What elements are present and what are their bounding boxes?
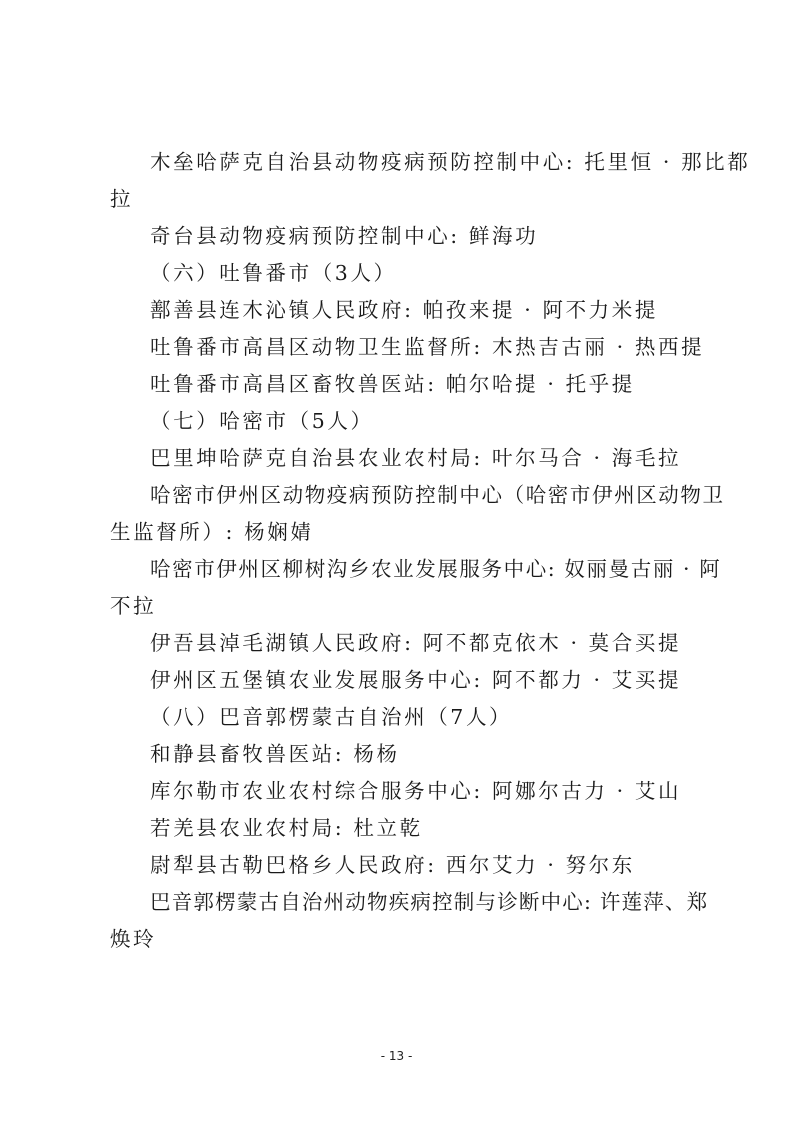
continuation-line: 拉 bbox=[110, 185, 133, 213]
entry-line: 哈密市伊州区动物疫病预防控制中心（哈密市伊州区动物卫 bbox=[150, 481, 725, 509]
section-heading-bayingolin: （八）巴音郭楞蒙古自治州（7人） bbox=[150, 703, 512, 731]
document-page: 木垒哈萨克自治县动物疫病预防控制中心: 托里恒 · 那比都 拉 奇台县动物疫病预… bbox=[0, 0, 793, 1121]
entry-line: 哈密市伊州区柳树沟乡农业发展服务中心: 奴丽曼古丽 · 阿 bbox=[150, 555, 721, 583]
continuation-line: 不拉 bbox=[110, 592, 156, 620]
page-number: - 13 - bbox=[0, 1049, 793, 1063]
entry-line: 奇台县动物疫病预防控制中心: 鲜海功 bbox=[150, 222, 538, 250]
section-heading-turpan: （六）吐鲁番市（3人） bbox=[150, 259, 397, 287]
entry-line: 和静县畜牧兽医站: 杨杨 bbox=[150, 740, 400, 768]
entry-line: 吐鲁番市高昌区动物卫生监督所: 木热吉古丽 · 热西提 bbox=[150, 333, 704, 361]
entry-line: 库尔勒市农业农村综合服务中心: 阿娜尔古力 · 艾山 bbox=[150, 777, 681, 805]
entry-line: 伊吾县淖毛湖镇人民政府: 阿不都克依木 · 莫合买提 bbox=[150, 629, 681, 657]
entry-line: 吐鲁番市高昌区畜牧兽医站: 帕尔哈提 · 托乎提 bbox=[150, 370, 635, 398]
entry-line: 巴音郭楞蒙古自治州动物疾病控制与诊断中心: 许莲萍、郑 bbox=[150, 888, 708, 916]
entry-line: 尉犁县古勒巴格乡人民政府: 西尔艾力 · 努尔东 bbox=[150, 851, 635, 879]
entry-line: 巴里坤哈萨克自治县农业农村局: 叶尔马合 · 海毛拉 bbox=[150, 444, 681, 472]
continuation-line: 焕玲 bbox=[110, 925, 156, 953]
continuation-line: 生监督所）: 杨娴婧 bbox=[110, 518, 313, 546]
entry-line: 伊州区五堡镇农业发展服务中心: 阿不都力 · 艾买提 bbox=[150, 666, 681, 694]
entry-line: 鄯善县连木沁镇人民政府: 帕孜来提 · 阿不力米提 bbox=[150, 296, 658, 324]
entry-line: 若羌县农业农村局: 杜立乾 bbox=[150, 814, 423, 842]
section-heading-hami: （七）哈密市（5人） bbox=[150, 407, 374, 435]
entry-line: 木垒哈萨克自治县动物疫病预防控制中心: 托里恒 · 那比都 bbox=[150, 148, 750, 176]
